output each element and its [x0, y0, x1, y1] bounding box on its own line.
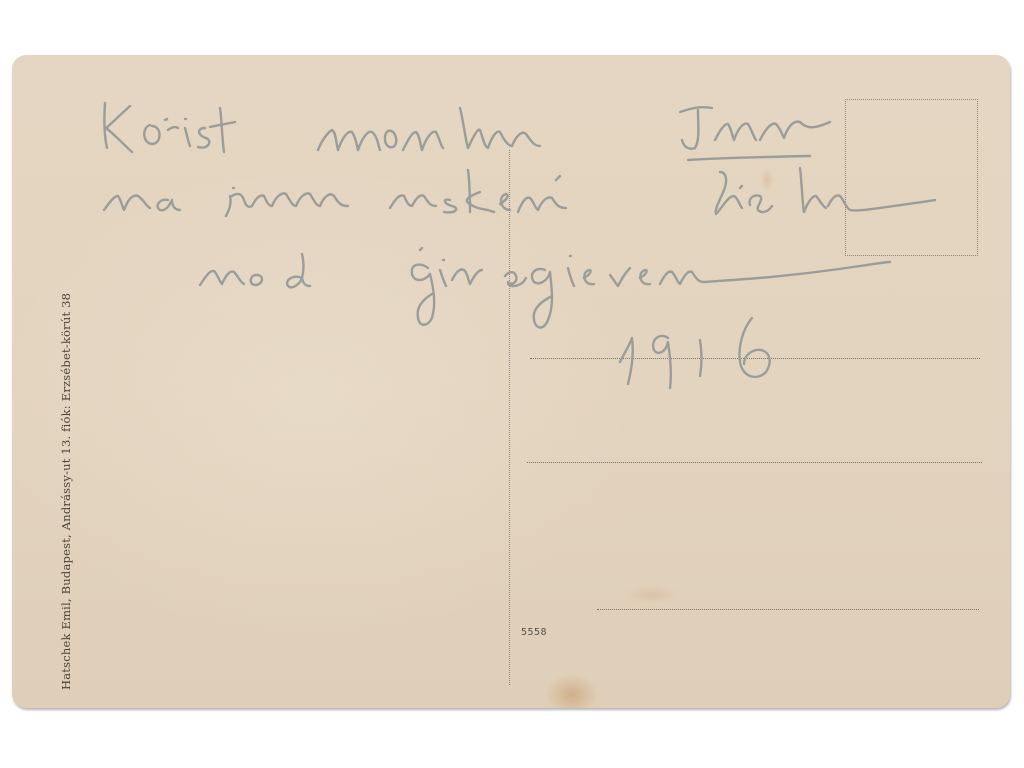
address-line-3: [597, 609, 979, 610]
center-divider-line: [509, 150, 510, 685]
serial-number: 5558: [521, 627, 547, 638]
handwriting-line-1: Korist montovn Inn: [100, 100, 840, 150]
handwriting-date: 1916: [615, 315, 795, 385]
publisher-imprint: Hatschek Emil, Budapest, Andrássy-ut 13.…: [59, 293, 73, 690]
handwriting-line-2: na rumunskem bulu: [100, 175, 940, 225]
postcard-back: Hatschek Emil, Budapest, Andrássy-ut 13.…: [12, 55, 1010, 708]
handwriting-line-3: mod Giurgievem: [200, 250, 890, 300]
address-line-2: [527, 462, 982, 463]
